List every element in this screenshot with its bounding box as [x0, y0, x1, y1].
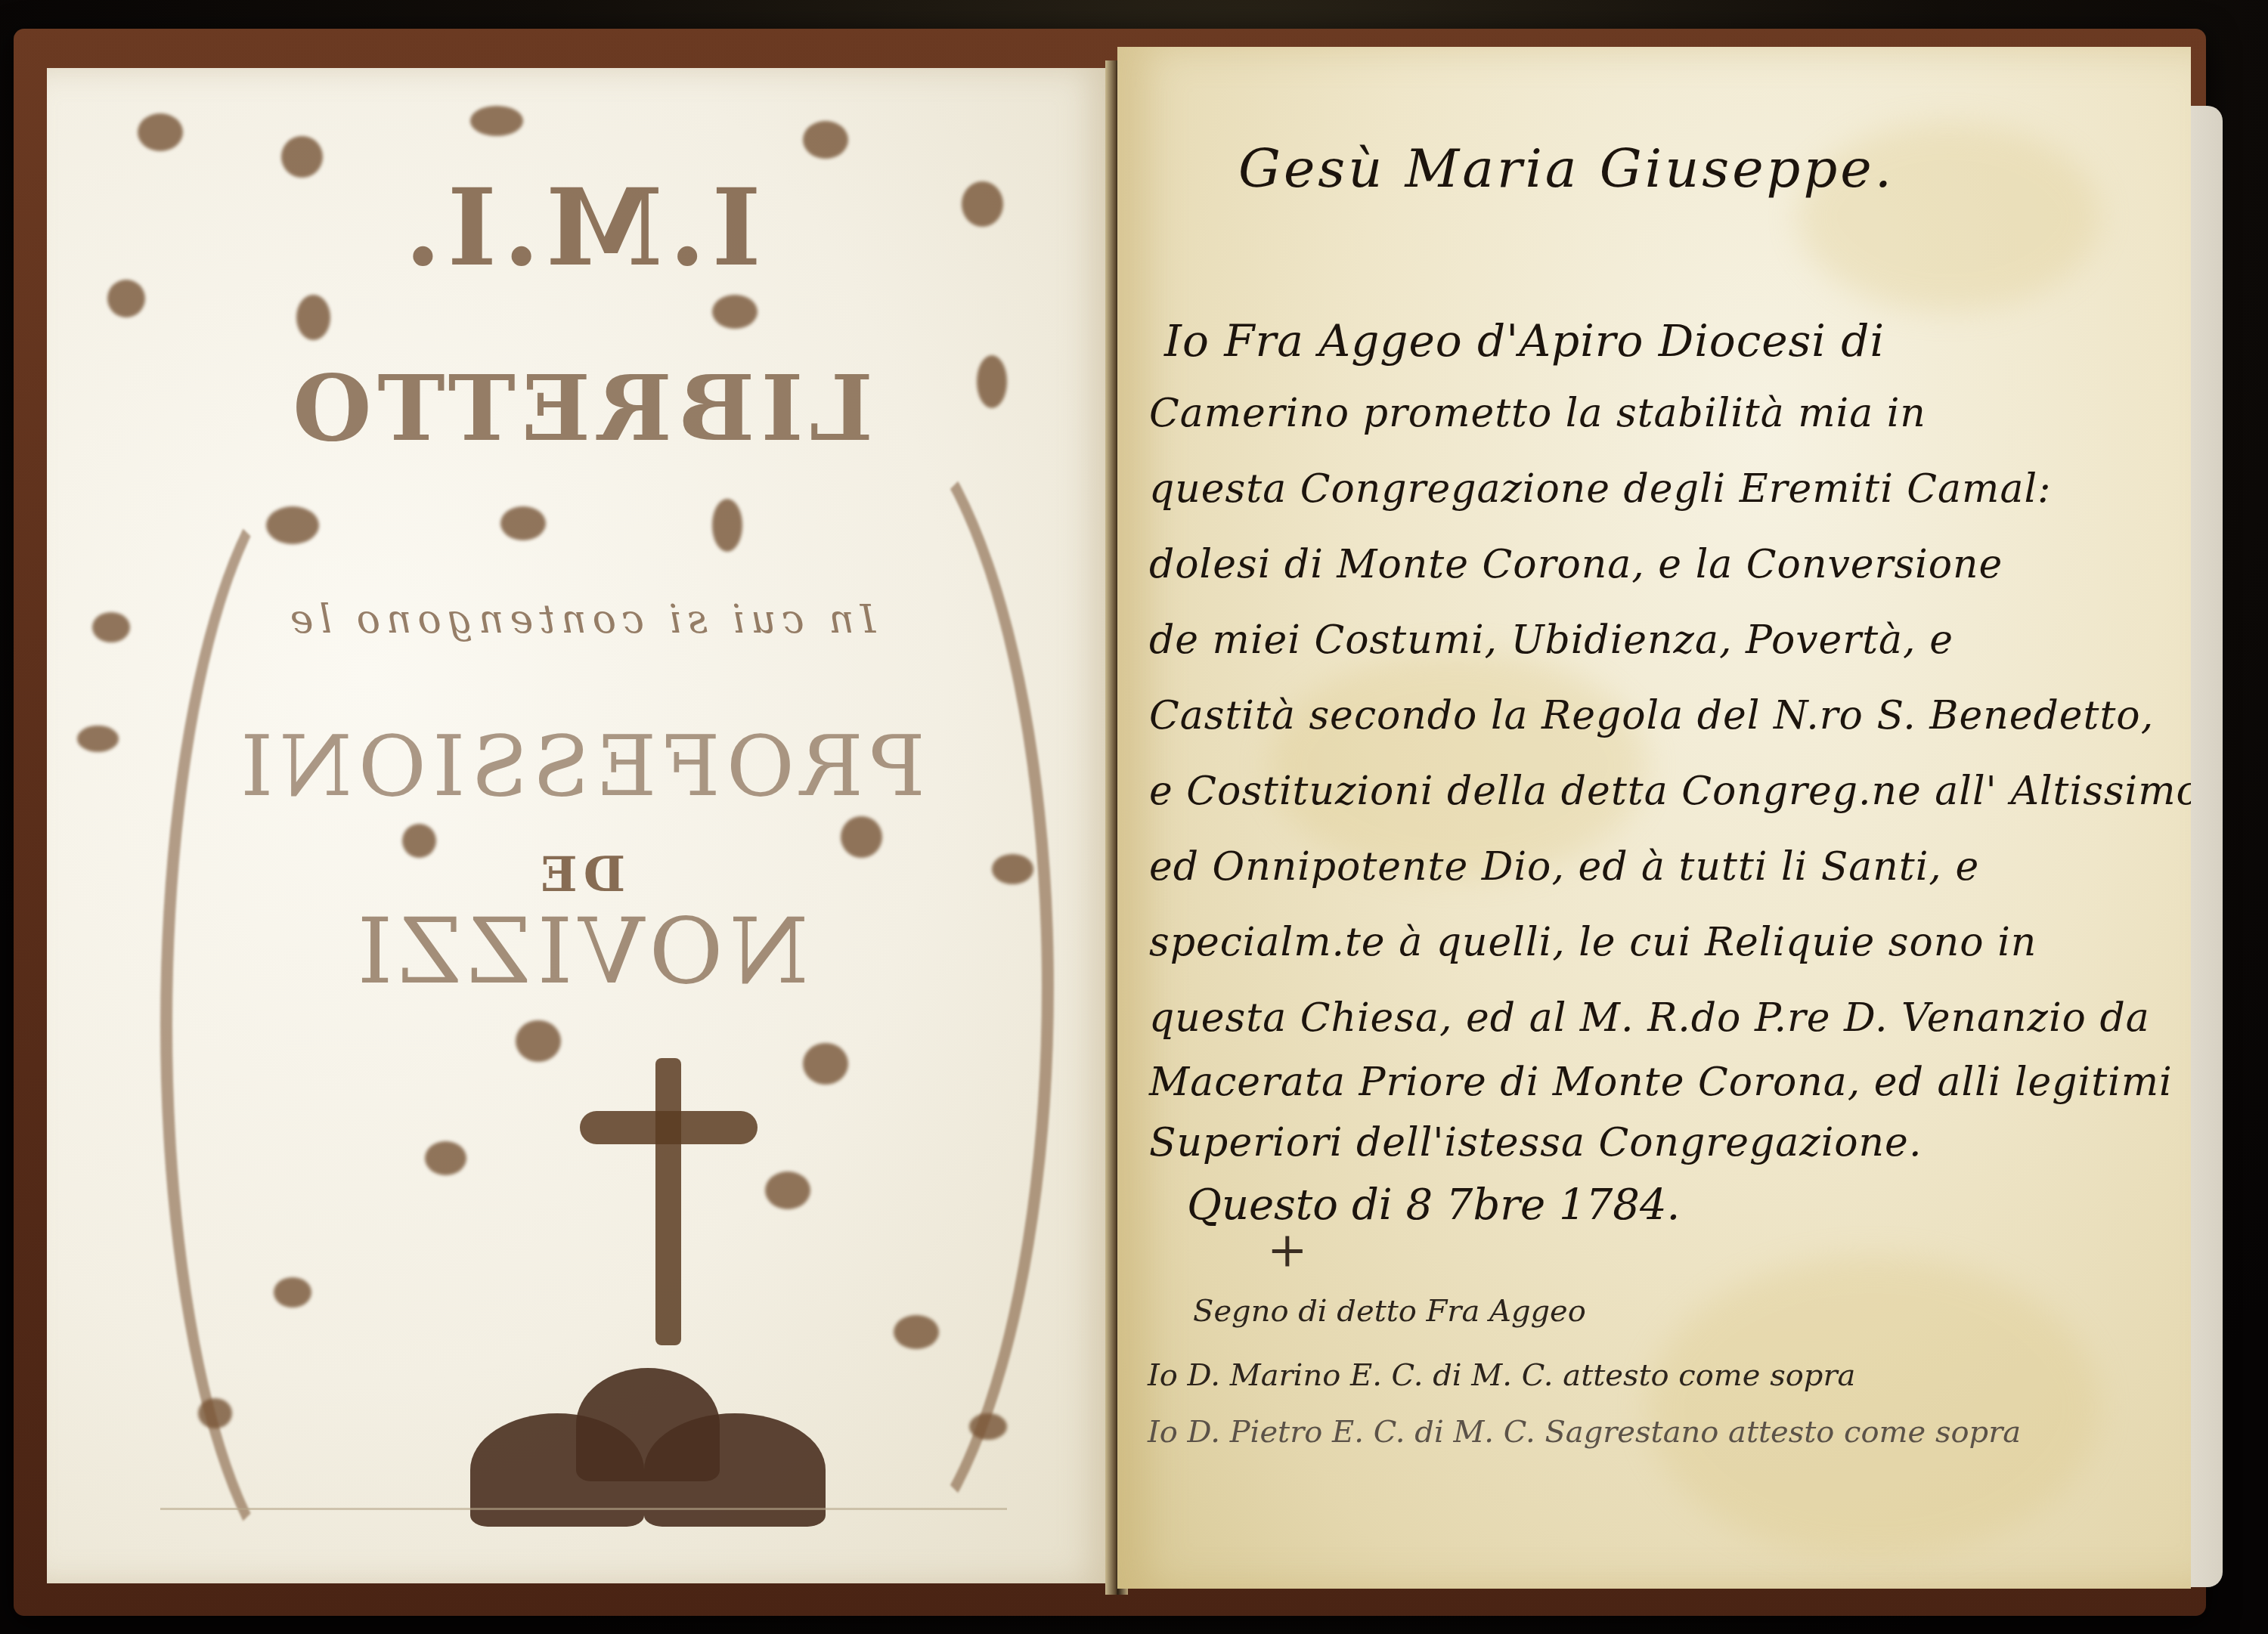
body-line: Castità secondo la Regola del N.ro S. Be… — [1149, 693, 2154, 738]
signature-mark-line: Segno di detto Fra Aggeo — [1193, 1294, 1586, 1329]
body-line: Macerata Priore di Monte Corona, ed alli… — [1149, 1060, 2173, 1105]
rule-line — [160, 1508, 1007, 1510]
offset-subtitle: In cui si contengono le — [47, 597, 1113, 642]
invocation-heading: Gesù Maria Giuseppe. — [1238, 138, 1895, 200]
body-line: questa Congregazione degli Eremiti Camal… — [1149, 466, 2052, 512]
body-line: Camerino prometto la stabilità mia in — [1149, 391, 1926, 436]
offset-title-2: PROFESSIONI — [47, 718, 1113, 815]
cross-icon — [655, 1058, 681, 1345]
signature-witness-1: Io D. Marino E. C. di M. C. attesto come… — [1148, 1358, 1855, 1393]
body-line: Superiori dell'istessa Congregazione. — [1149, 1120, 1922, 1165]
body-line: Io Fra Aggeo d'Apiro Diocesi di — [1164, 315, 1885, 367]
right-page: Gesù Maria Giuseppe. Io Fra Aggeo d'Apir… — [1117, 47, 2191, 1589]
signature-witness-2: Io D. Pietro E. C. di M. C. Sagrestano a… — [1148, 1415, 2021, 1450]
left-page: I.M.I. LIBRETTO In cui si contengono le … — [47, 68, 1116, 1583]
cross-mark-icon: + — [1267, 1222, 1308, 1278]
cross-bar — [580, 1111, 758, 1144]
body-line: e Costituzioni della detta Congreg.ne al… — [1149, 769, 2191, 814]
body-line: dolesi di Monte Corona, e la Conversione — [1149, 542, 2003, 587]
offset-title-4: NOVIZZI — [47, 899, 1113, 1004]
offset-title-3: DE — [47, 846, 1113, 903]
body-line: specialm.te à quelli, le cui Reliquie so… — [1149, 920, 2037, 965]
body-line: questa Chiesa, ed al M. R.do P.re D. Ven… — [1149, 995, 2150, 1041]
manuscript-text: Gesù Maria Giuseppe. Io Fra Aggeo d'Apir… — [1117, 47, 2191, 1589]
offset-monogram: I.M.I. — [47, 166, 1113, 290]
body-line: de miei Costumi, Ubidienza, Povertà, e — [1149, 617, 1954, 663]
body-line: ed Onnipotente Dio, ed à tutti li Santi,… — [1149, 844, 1979, 890]
date-line: Questo di 8 7bre 1784. — [1187, 1181, 1680, 1230]
offset-title-imprint: I.M.I. LIBRETTO In cui si contengono le … — [47, 68, 1113, 1583]
offset-title: LIBRETTO — [47, 355, 1113, 462]
